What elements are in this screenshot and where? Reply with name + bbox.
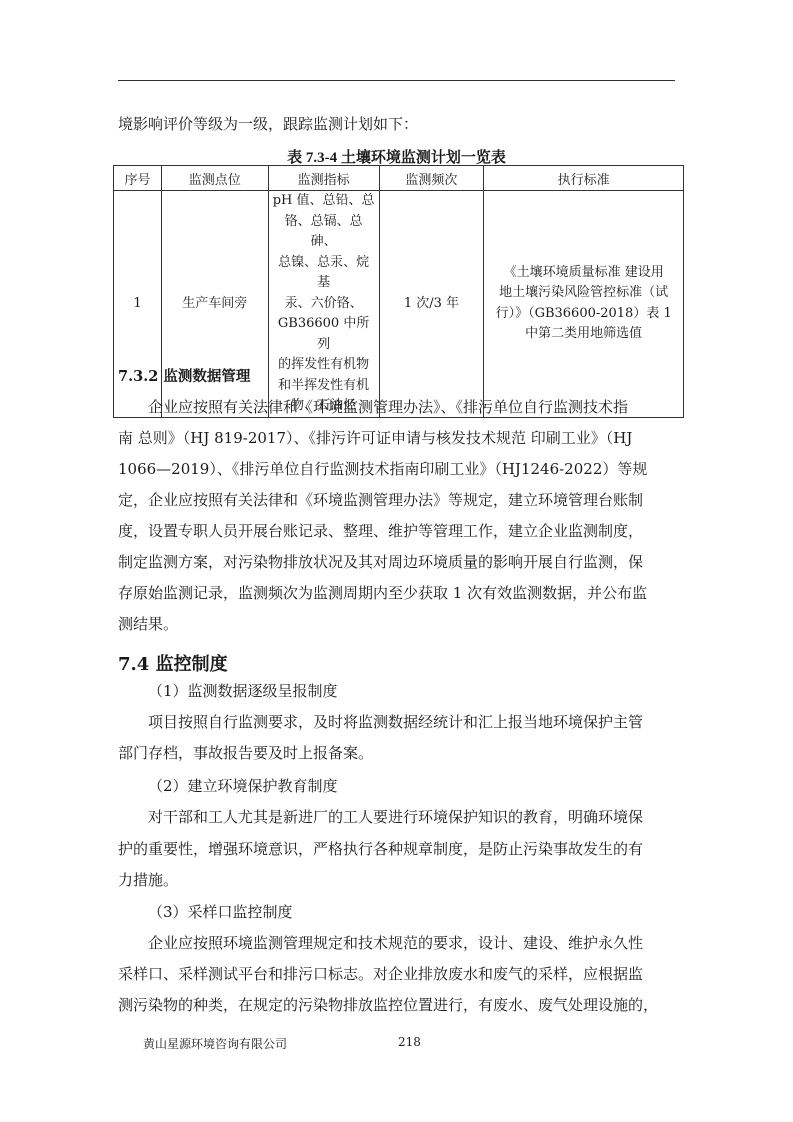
cell-frequency: 1 次/3 年 (379, 191, 484, 418)
section-heading-7-4: 7.4 监控制度 (118, 650, 228, 676)
subsection-title-3: （3）采样口监控制度 (148, 904, 708, 920)
paragraph-line: 部门存档，事故报告要及时上报备案。 (118, 745, 678, 761)
indicator-line: 和半挥发性有机 (273, 376, 375, 397)
col-header-indicators: 监测指标 (268, 166, 379, 191)
paragraph-line: 测结果。 (118, 616, 678, 632)
standard-line: 行）》（GB36600-2018）表 1 (488, 304, 679, 325)
paragraph-line: 采样口、采样测试平台和排污口标志。对企业排放废水和废气的采样，应根据监 (118, 966, 678, 982)
col-header-location: 监测点位 (161, 166, 268, 191)
indicator-line: 总镍、总汞、烷基 (273, 253, 375, 294)
paragraph-line: 存原始监测记录，监测频次为监测周期内至少获取 1 次有效监测数据，并公布监 (118, 585, 678, 601)
subsection-title-2: （2）建立环境保护教育制度 (148, 778, 708, 794)
paragraph-line: 测污染物的种类，在规定的污染物排放监控位置进行，有废水、废气处理设施的， (118, 997, 678, 1013)
header-rule (118, 80, 675, 81)
section-heading-7-3-2: 7.3.2 监测数据管理 (118, 365, 250, 386)
table-header-row: 序号 监测点位 监测指标 监测频次 执行标准 (114, 166, 684, 191)
paragraph-line: 企业应按照有关法律和《环境监测管理办法》、《排污单位自行监测技术指 (148, 399, 708, 415)
standard-line: 中第二类用地筛选值 (488, 324, 679, 345)
indicator-line: 铬、总镉、总砷、 (273, 212, 375, 253)
col-header-standard: 执行标准 (484, 166, 684, 191)
col-header-frequency: 监测频次 (379, 166, 484, 191)
paragraph-line: 企业应按照环境监测管理规定和技术规范的要求，设计、建设、维护永久性 (148, 935, 708, 951)
standard-line: 地土壤污染风险管控标准（试 (488, 283, 679, 304)
paragraph-line: 南 总则》（HJ 819-2017）、《排污许可证申请与核发技术规范 印刷工业》… (118, 430, 678, 446)
col-header-no: 序号 (114, 166, 162, 191)
footer-company: 黄山星源环境咨询有限公司 (143, 1035, 287, 1052)
indicator-line: 的挥发性有机物 (273, 355, 375, 376)
indicator-line: GB36600 中所列 (273, 314, 375, 355)
footer-page-number: 218 (398, 1035, 421, 1049)
paragraph-line: 制定监测方案，对污染物排放状况及其对周边环境质量的影响开展自行监测，保 (118, 554, 678, 570)
paragraph-line: 1066—2019）、《排污单位自行监测技术指南印刷工业》（HJ1246-202… (118, 461, 678, 477)
paragraph-line: 护的重要性，增强环境意识，严格执行各种规章制度，是防止污染事故发生的有 (118, 841, 678, 857)
indicator-line: pH 值、总铅、总 (273, 191, 375, 212)
paragraph-line: 定，企业应按照有关法律和《环境监测管理办法》等规定，建立环境管理台账制 (118, 492, 678, 508)
intro-line: 境影响评价等级为一级，跟踪监测计划如下： (118, 116, 678, 132)
paragraph-line: 度，设置专职人员开展台账记录、整理、维护等管理工作，建立企业监测制度， (118, 523, 678, 539)
paragraph-line: 项目按照自行监测要求，及时将监测数据经统计和汇上报当地环境保护主管 (148, 714, 708, 730)
table-caption: 表 7.3-4 土壤环境监测计划一览表 (0, 146, 793, 167)
indicator-line: 汞、六价铬、 (273, 294, 375, 315)
standard-line: 《土壤环境质量标准 建设用 (488, 263, 679, 284)
cell-indicators: pH 值、总铅、总 铬、总镉、总砷、 总镍、总汞、烷基 汞、六价铬、 GB366… (268, 191, 379, 418)
paragraph-line: 力措施。 (118, 872, 678, 888)
subsection-title-1: （1）监测数据逐级呈报制度 (148, 683, 708, 699)
paragraph-line: 对干部和工人尤其是新进厂的工人要进行环境保护知识的教育，明确环境保 (148, 809, 708, 825)
cell-standard: 《土壤环境质量标准 建设用 地土壤污染风险管控标准（试 行）》（GB36600-… (484, 191, 684, 418)
